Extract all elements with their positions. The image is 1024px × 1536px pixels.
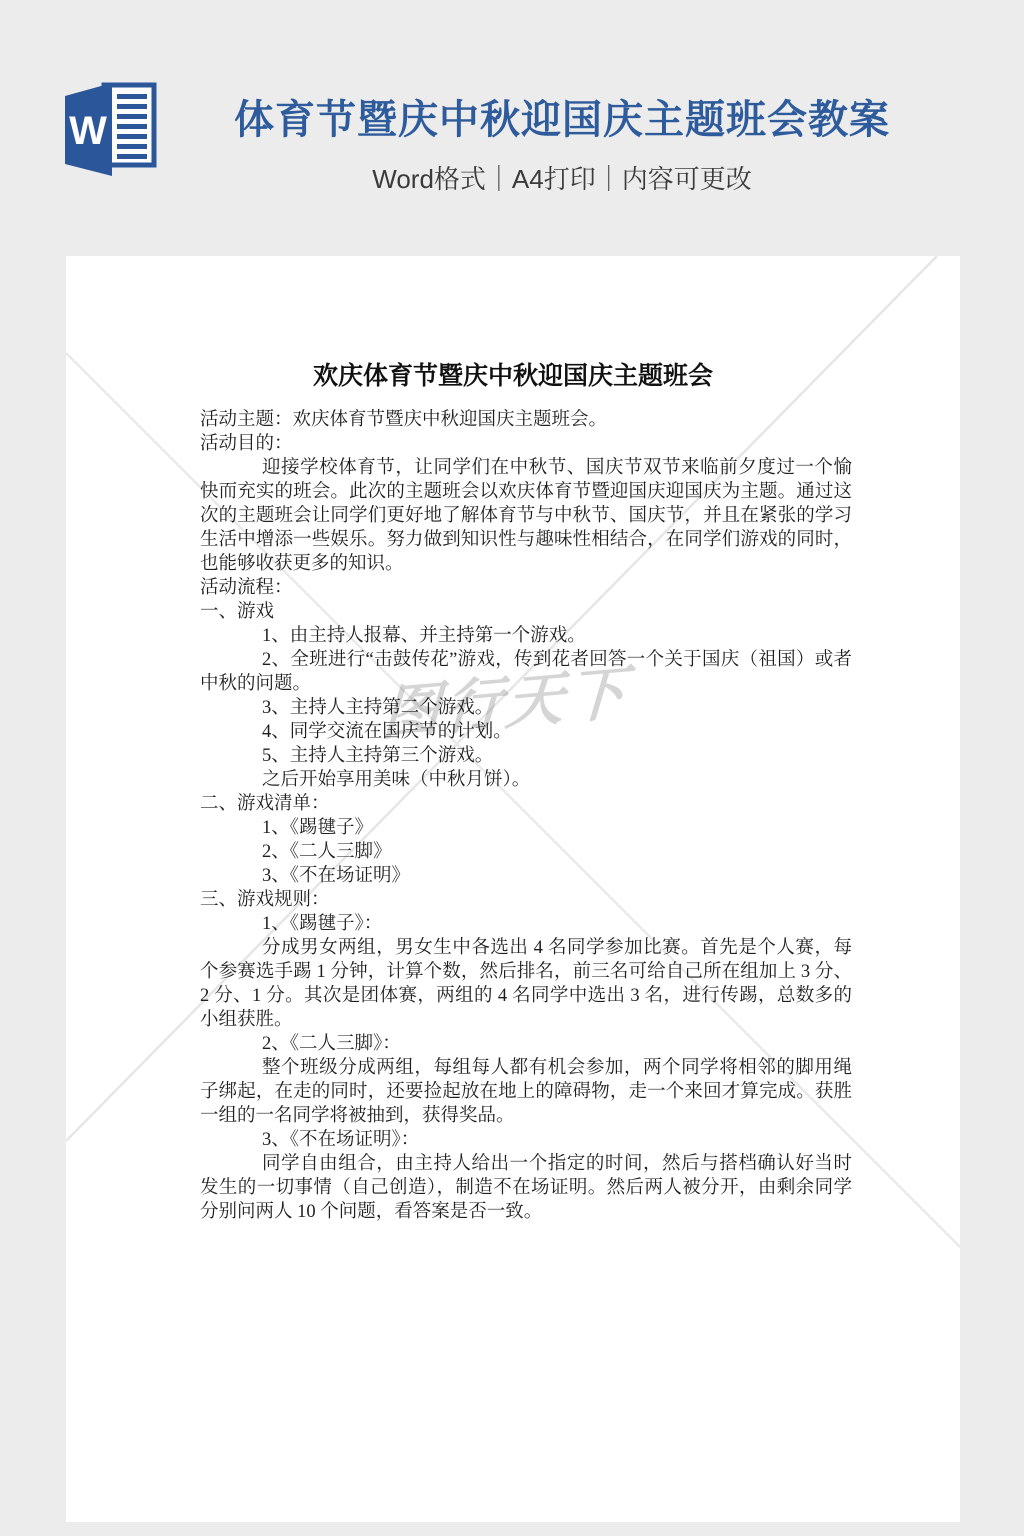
paragraph: 分成男女两组，男女生中各选出 4 名同学参加比赛。首先是个人赛，每个参赛选手踢 … <box>200 936 852 1032</box>
header-text: 体育节暨庆中秋迎国庆主题班会教案 Word格式｜A4打印｜内容可更改 <box>160 88 964 196</box>
document-body: 活动主题：欢庆体育节暨庆中秋迎国庆主题班会。活动目的：迎接学校体育节，让同学们在… <box>200 408 852 1224</box>
paragraph: 1、《踢毽子》 <box>200 816 852 840</box>
paragraph: 1、由主持人报幕、并主持第一个游戏。 <box>200 624 852 648</box>
paragraph: 活动主题：欢庆体育节暨庆中秋迎国庆主题班会。 <box>200 408 852 432</box>
paragraph: 一、游戏 <box>200 600 852 624</box>
paragraph: 3、《不在场证明》 <box>200 864 852 888</box>
page-background: W 体育节暨庆中秋迎国庆主题班会教案 Word格式｜A4打印｜内容可更改 图行天… <box>0 0 1024 1536</box>
paragraph: 二、游戏清单： <box>200 792 852 816</box>
paragraph: 1、《踢毽子》： <box>200 912 852 936</box>
document-title: 欢庆体育节暨庆中秋迎国庆主题班会 <box>66 256 960 394</box>
paragraph: 迎接学校体育节，让同学们在中秋节、国庆节双节来临前夕度过一个愉快而充实的班会。此… <box>200 456 852 576</box>
document-page: 图行天下 欢庆体育节暨庆中秋迎国庆主题班会 活动主题：欢庆体育节暨庆中秋迎国庆主… <box>66 256 960 1522</box>
paragraph: 5、主持人主持第三个游戏。 <box>200 744 852 768</box>
paragraph: 同学自由组合，由主持人给出一个指定的时间，然后与搭档确认好当时发生的一切事情（自… <box>200 1152 852 1224</box>
paragraph: 2、全班进行“击鼓传花”游戏，传到花者回答一个关于国庆（祖国）或者中秋的问题。 <box>200 648 852 696</box>
paragraph: 整个班级分成两组，每组每人都有机会参加，两个同学将相邻的脚用绳子绑起，在走的同时… <box>200 1056 852 1128</box>
paragraph: 4、同学交流在国庆节的计划。 <box>200 720 852 744</box>
word-file-icon: W <box>60 77 160 181</box>
document-content: 欢庆体育节暨庆中秋迎国庆主题班会 活动主题：欢庆体育节暨庆中秋迎国庆主题班会。活… <box>66 256 960 1224</box>
paragraph: 之后开始享用美味（中秋月饼）。 <box>200 768 852 792</box>
paragraph: 2、《二人三脚》 <box>200 840 852 864</box>
paragraph: 3、《不在场证明》： <box>200 1128 852 1152</box>
word-icon-letter: W <box>69 109 107 153</box>
template-subtitle: Word格式｜A4打印｜内容可更改 <box>160 159 964 196</box>
paragraph: 3、主持人主持第二个游戏。 <box>200 696 852 720</box>
paragraph: 三、游戏规则： <box>200 888 852 912</box>
template-title: 体育节暨庆中秋迎国庆主题班会教案 <box>160 88 964 145</box>
paragraph: 2、《二人三脚》： <box>200 1032 852 1056</box>
paragraph: 活动目的： <box>200 432 852 456</box>
paragraph: 活动流程： <box>200 576 852 600</box>
